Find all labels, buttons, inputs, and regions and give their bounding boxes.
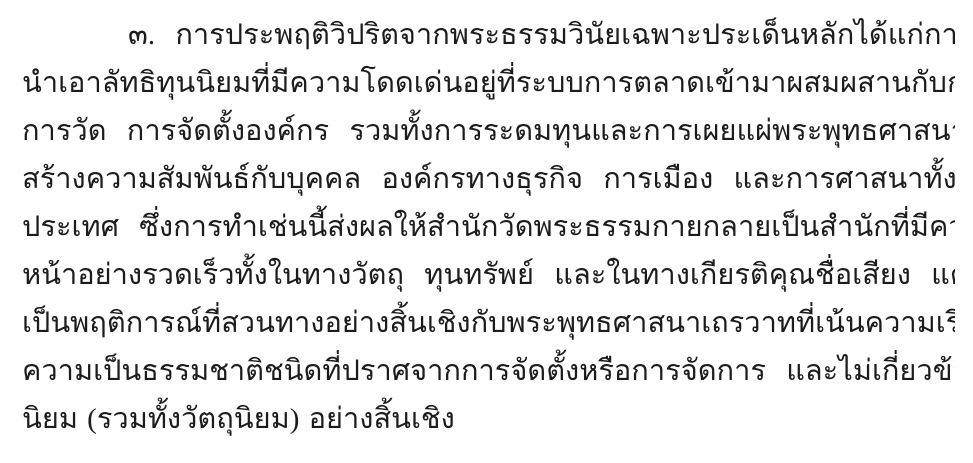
text-line: ประเทศ ซึ่งการทำเช่นนี้ส่งผลให้สำนักวัดพ… <box>22 203 955 251</box>
text-line: นิยม (รวมทั้งวัตถุนิยม) อย่างสิ้นเชิง <box>22 395 955 443</box>
document-page: ๓. การประพฤติวิปริตจากพระธรรมวินัยเฉพาะป… <box>0 0 973 463</box>
text-line: ๓. การประพฤติวิปริตจากพระธรรมวินัยเฉพาะป… <box>22 11 955 59</box>
text-line: ความเป็นธรรมชาติชนิดที่ปราศจากการจัดตั้ง… <box>22 347 955 395</box>
text-line: นำเอาลัทธิทุนนิยมที่มีความโดดเด่นอยู่ที่… <box>22 59 955 107</box>
text-line: สร้างความสัมพันธ์กับบุคคล องค์กรทางธุรกิ… <box>22 155 955 203</box>
text-line: การวัด การจัดตั้งองค์กร รวมทั้งการระดมทุ… <box>22 107 955 155</box>
text-line: หน้าอย่างรวดเร็วทั้งในทางวัตถุ ทุนทรัพย์… <box>22 251 955 299</box>
text-line: เป็นพฤติการณ์ที่สวนทางอย่างสิ้นเชิงกับพร… <box>22 299 955 347</box>
